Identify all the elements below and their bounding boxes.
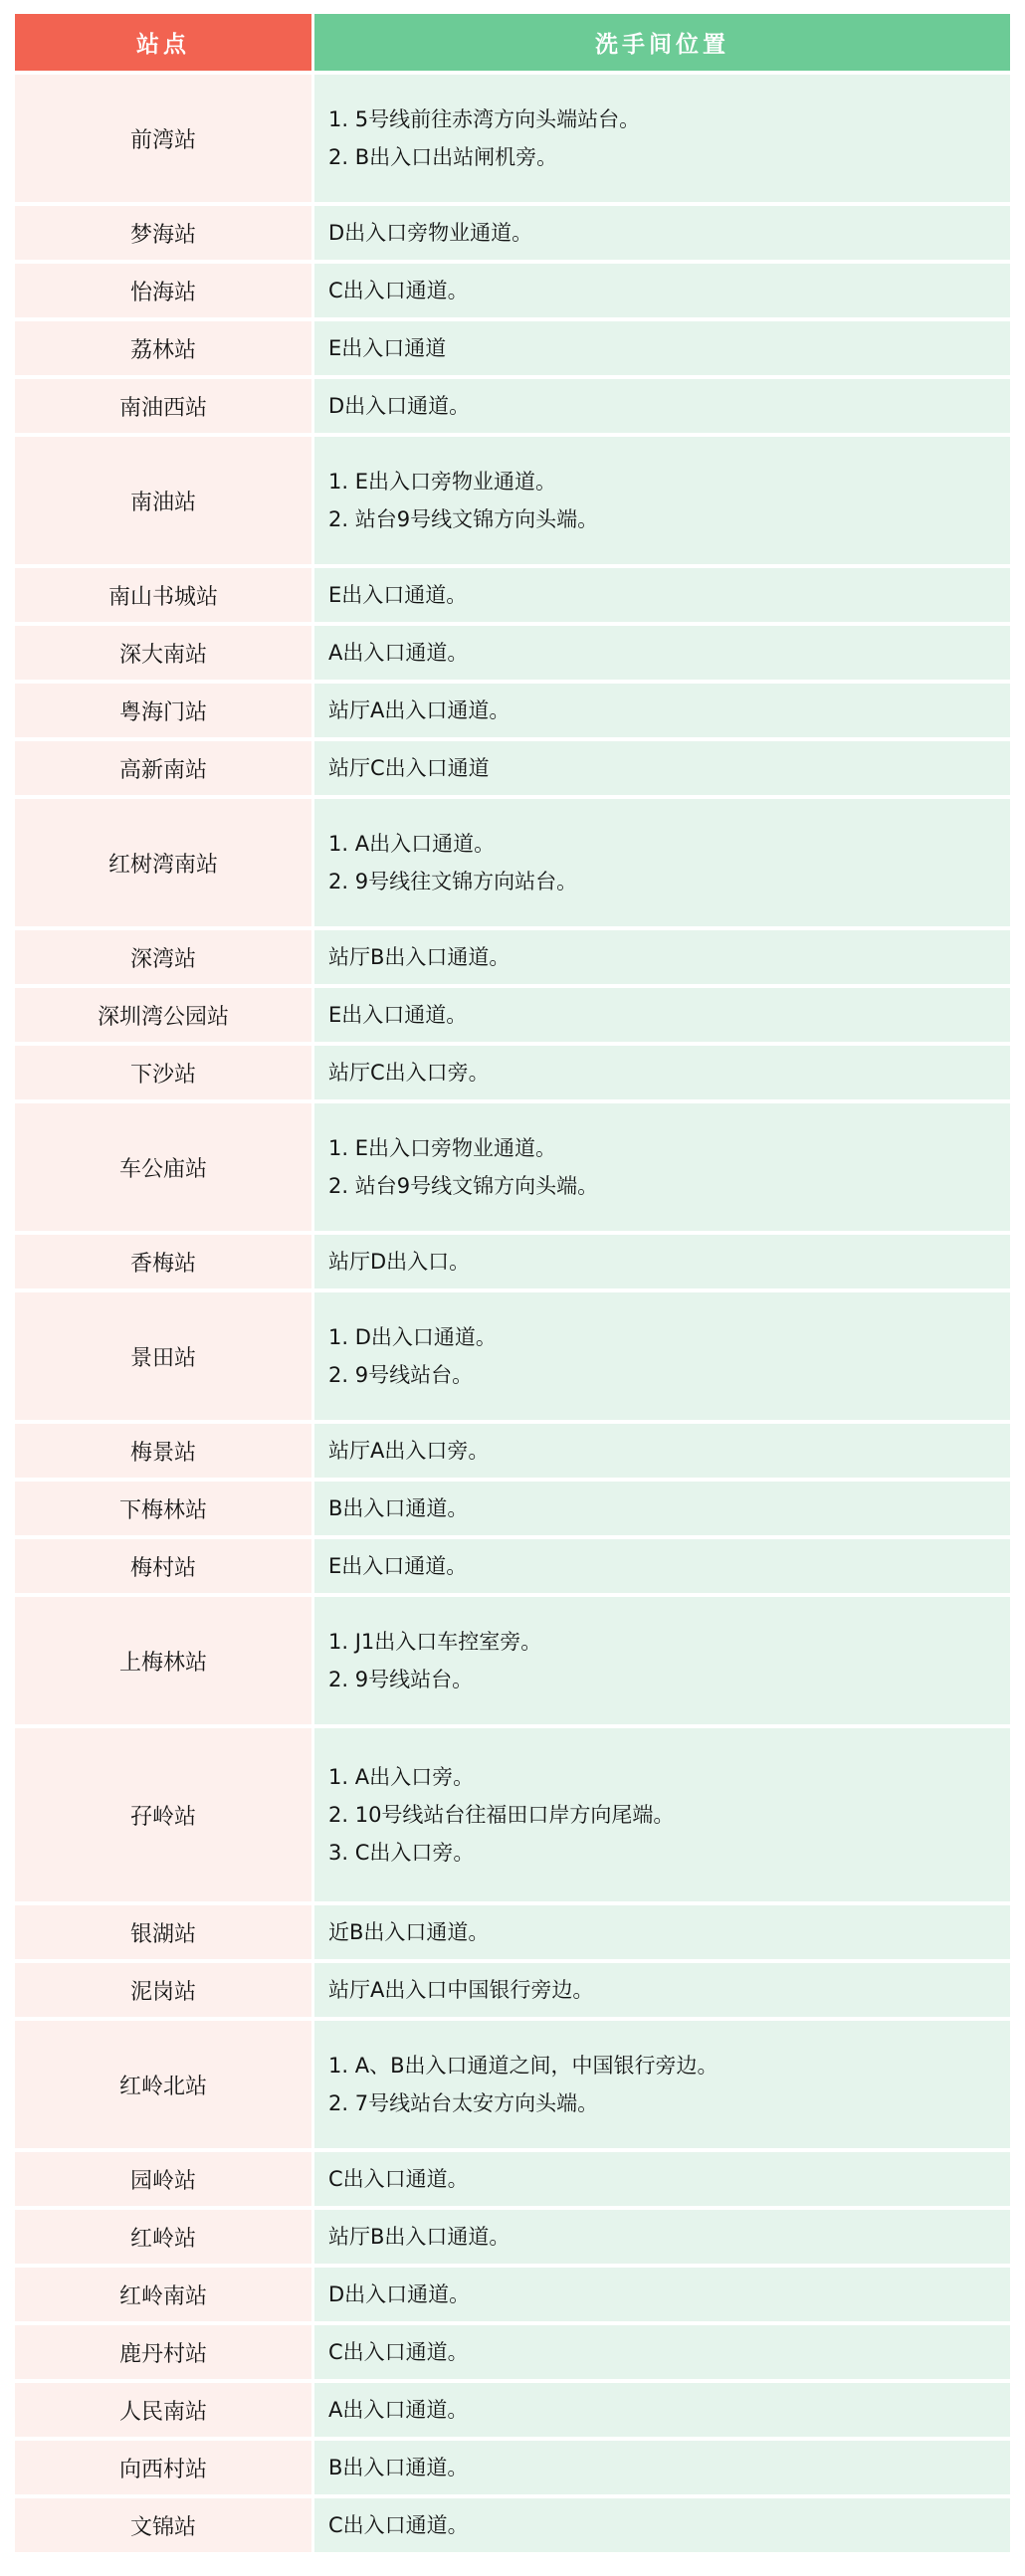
station-cell: 下沙站: [15, 1046, 311, 1099]
table-row: 梅景站 站厅A出入口旁。: [15, 1424, 1010, 1478]
location-cell: A出入口通道。: [314, 2383, 1010, 2437]
table-row: 南油西站 D出入口通道。: [15, 379, 1010, 433]
table-row: 深大南站 A出入口通道。: [15, 626, 1010, 680]
station-cell: 银湖站: [15, 1905, 311, 1959]
station-cell: 红岭北站: [15, 2021, 311, 2148]
location-line: E出入口通道。: [328, 1547, 1000, 1585]
location-cell: E出入口通道: [314, 321, 1010, 375]
table-row: 上梅林站 1. J1出入口车控室旁。2. 9号线站台。: [15, 1597, 1010, 1724]
table-row: 梅村站 E出入口通道。: [15, 1539, 1010, 1593]
location-cell: 1. E出入口旁物业通道。2. 站台9号线文锦方向头端。: [314, 1103, 1010, 1231]
location-cell: 站厅B出入口通道。: [314, 930, 1010, 984]
table-row: 园岭站 C出入口通道。: [15, 2152, 1010, 2206]
location-cell: D出入口旁物业通道。: [314, 206, 1010, 260]
station-cell: 景田站: [15, 1292, 311, 1420]
table-row: 深湾站 站厅B出入口通道。: [15, 930, 1010, 984]
station-cell: 车公庙站: [15, 1103, 311, 1231]
location-cell: A出入口通道。: [314, 626, 1010, 680]
station-cell: 鹿丹村站: [15, 2325, 311, 2379]
station-cell: 上梅林站: [15, 1597, 311, 1724]
location-line: B出入口通道。: [328, 1489, 1000, 1527]
location-cell: D出入口通道。: [314, 379, 1010, 433]
location-line: 2. 9号线站台。: [328, 1661, 1000, 1698]
station-cell: 下梅林站: [15, 1482, 311, 1535]
table-row: 怡海站 C出入口通道。: [15, 264, 1010, 317]
location-line: 站厅D出入口。: [328, 1243, 1000, 1281]
location-line: 1. A出入口通道。: [328, 825, 1000, 863]
station-cell: 南油西站: [15, 379, 311, 433]
table-row: 香梅站 站厅D出入口。: [15, 1235, 1010, 1288]
location-line: C出入口通道。: [328, 272, 1000, 309]
station-cell: 梅村站: [15, 1539, 311, 1593]
table-header-row: 站点 洗手间位置: [15, 14, 1010, 71]
location-line: 2. 9号线往文锦方向站台。: [328, 863, 1000, 900]
station-cell: 梦海站: [15, 206, 311, 260]
table-row: 粤海门站 站厅A出入口通道。: [15, 684, 1010, 737]
location-line: D出入口通道。: [328, 2276, 1000, 2313]
location-line: E出入口通道: [328, 329, 1000, 367]
location-line: 站厅C出入口通道: [328, 749, 1000, 787]
location-line: 站厅C出入口旁。: [328, 1054, 1000, 1091]
location-line: E出入口通道。: [328, 576, 1000, 614]
location-line: 站厅A出入口通道。: [328, 692, 1000, 729]
table-row: 红树湾南站 1. A出入口通道。2. 9号线往文锦方向站台。: [15, 799, 1010, 926]
station-cell: 怡海站: [15, 264, 311, 317]
station-cell: 文锦站: [15, 2498, 311, 2552]
location-cell: 站厅B出入口通道。: [314, 2210, 1010, 2264]
station-cell: 深湾站: [15, 930, 311, 984]
table-row: 下沙站 站厅C出入口旁。: [15, 1046, 1010, 1099]
restroom-location-table: 站点 洗手间位置 前湾站 1. 5号线前往赤湾方向头端站台。2. B出入口出站闸…: [15, 14, 1010, 2552]
location-line: 近B出入口通道。: [328, 1913, 1000, 1951]
station-cell: 孖岭站: [15, 1728, 311, 1901]
location-cell: 站厅D出入口。: [314, 1235, 1010, 1288]
location-line: A出入口通道。: [328, 634, 1000, 672]
location-cell: 1. A、B出入口通道之间，中国银行旁边。2. 7号线站台太安方向头端。: [314, 2021, 1010, 2148]
station-column-header: 站点: [15, 14, 311, 71]
table-row: 前湾站 1. 5号线前往赤湾方向头端站台。2. B出入口出站闸机旁。: [15, 75, 1010, 202]
location-line: C出入口通道。: [328, 2333, 1000, 2371]
location-cell: D出入口通道。: [314, 2268, 1010, 2321]
table-row: 荔林站 E出入口通道: [15, 321, 1010, 375]
location-line: 站厅A出入口旁。: [328, 1432, 1000, 1470]
location-line: E出入口通道。: [328, 996, 1000, 1034]
location-cell: E出入口通道。: [314, 568, 1010, 622]
table-row: 银湖站 近B出入口通道。: [15, 1905, 1010, 1959]
station-cell: 粤海门站: [15, 684, 311, 737]
station-cell: 梅景站: [15, 1424, 311, 1478]
table-row: 文锦站 C出入口通道。: [15, 2498, 1010, 2552]
table-row: 红岭站 站厅B出入口通道。: [15, 2210, 1010, 2264]
location-line: 站厅A出入口中国银行旁边。: [328, 1971, 1000, 2009]
table-row: 红岭北站 1. A、B出入口通道之间，中国银行旁边。2. 7号线站台太安方向头端…: [15, 2021, 1010, 2148]
station-cell: 南油站: [15, 437, 311, 564]
location-line: 1. E出入口旁物业通道。: [328, 463, 1000, 500]
station-cell: 红岭站: [15, 2210, 311, 2264]
location-cell: 1. D出入口通道。2. 9号线站台。: [314, 1292, 1010, 1420]
table-row: 孖岭站 1. A出入口旁。2. 10号线站台往福田口岸方向尾端。3. C出入口旁…: [15, 1728, 1010, 1901]
location-line: 1. 5号线前往赤湾方向头端站台。: [328, 100, 1000, 138]
station-cell: 香梅站: [15, 1235, 311, 1288]
station-cell: 高新南站: [15, 741, 311, 795]
station-cell: 南山书城站: [15, 568, 311, 622]
station-cell: 泥岗站: [15, 1963, 311, 2017]
location-line: 2. 10号线站台往福田口岸方向尾端。: [328, 1796, 1000, 1834]
location-line: 2. 站台9号线文锦方向头端。: [328, 500, 1000, 538]
location-line: D出入口旁物业通道。: [328, 214, 1000, 252]
table-row: 向西村站 B出入口通道。: [15, 2441, 1010, 2494]
location-line: A出入口通道。: [328, 2391, 1000, 2429]
station-cell: 人民南站: [15, 2383, 311, 2437]
location-line: 2. B出入口出站闸机旁。: [328, 138, 1000, 176]
location-cell: 站厅A出入口通道。: [314, 684, 1010, 737]
table-row: 南山书城站 E出入口通道。: [15, 568, 1010, 622]
location-cell: B出入口通道。: [314, 2441, 1010, 2494]
table-row: 人民南站 A出入口通道。: [15, 2383, 1010, 2437]
location-line: B出入口通道。: [328, 2449, 1000, 2486]
table-row: 景田站 1. D出入口通道。2. 9号线站台。: [15, 1292, 1010, 1420]
location-line: 站厅B出入口通道。: [328, 2218, 1000, 2256]
location-column-header: 洗手间位置: [314, 14, 1010, 71]
table-row: 深圳湾公园站 E出入口通道。: [15, 988, 1010, 1042]
location-line: 站厅B出入口通道。: [328, 938, 1000, 976]
location-cell: E出入口通道。: [314, 1539, 1010, 1593]
location-line: 1. E出入口旁物业通道。: [328, 1129, 1000, 1167]
location-cell: 1. A出入口旁。2. 10号线站台往福田口岸方向尾端。3. C出入口旁。: [314, 1728, 1010, 1901]
location-line: C出入口通道。: [328, 2160, 1000, 2198]
table-row: 鹿丹村站 C出入口通道。: [15, 2325, 1010, 2379]
location-line: 2. 站台9号线文锦方向头端。: [328, 1167, 1000, 1205]
location-line: 2. 9号线站台。: [328, 1356, 1000, 1394]
location-line: 2. 7号线站台太安方向头端。: [328, 2084, 1000, 2122]
location-cell: C出入口通道。: [314, 2498, 1010, 2552]
location-line: C出入口通道。: [328, 2506, 1000, 2544]
station-cell: 红树湾南站: [15, 799, 311, 926]
location-cell: 站厅C出入口旁。: [314, 1046, 1010, 1099]
table-row: 红岭南站 D出入口通道。: [15, 2268, 1010, 2321]
location-cell: C出入口通道。: [314, 2152, 1010, 2206]
location-cell: 站厅C出入口通道: [314, 741, 1010, 795]
location-line: 1. D出入口通道。: [328, 1318, 1000, 1356]
station-cell: 深圳湾公园站: [15, 988, 311, 1042]
location-cell: 1. E出入口旁物业通道。2. 站台9号线文锦方向头端。: [314, 437, 1010, 564]
table-body: 前湾站 1. 5号线前往赤湾方向头端站台。2. B出入口出站闸机旁。 梦海站 D…: [15, 75, 1010, 2552]
location-cell: 近B出入口通道。: [314, 1905, 1010, 1959]
location-line: 1. J1出入口车控室旁。: [328, 1623, 1000, 1661]
table-row: 泥岗站 站厅A出入口中国银行旁边。: [15, 1963, 1010, 2017]
station-cell: 深大南站: [15, 626, 311, 680]
location-cell: 1. 5号线前往赤湾方向头端站台。2. B出入口出站闸机旁。: [314, 75, 1010, 202]
table-row: 车公庙站 1. E出入口旁物业通道。2. 站台9号线文锦方向头端。: [15, 1103, 1010, 1231]
station-cell: 前湾站: [15, 75, 311, 202]
location-cell: 1. A出入口通道。2. 9号线往文锦方向站台。: [314, 799, 1010, 926]
location-cell: C出入口通道。: [314, 2325, 1010, 2379]
table-row: 梦海站 D出入口旁物业通道。: [15, 206, 1010, 260]
location-line: 1. A、B出入口通道之间，中国银行旁边。: [328, 2047, 1000, 2084]
table-row: 南油站 1. E出入口旁物业通道。2. 站台9号线文锦方向头端。: [15, 437, 1010, 564]
location-line: D出入口通道。: [328, 387, 1000, 425]
location-line: 1. A出入口旁。: [328, 1758, 1000, 1796]
location-cell: 站厅A出入口中国银行旁边。: [314, 1963, 1010, 2017]
location-cell: C出入口通道。: [314, 264, 1010, 317]
location-cell: B出入口通道。: [314, 1482, 1010, 1535]
location-line: 3. C出入口旁。: [328, 1834, 1000, 1872]
location-cell: 1. J1出入口车控室旁。2. 9号线站台。: [314, 1597, 1010, 1724]
location-cell: E出入口通道。: [314, 988, 1010, 1042]
table-row: 高新南站 站厅C出入口通道: [15, 741, 1010, 795]
table-row: 下梅林站 B出入口通道。: [15, 1482, 1010, 1535]
station-cell: 红岭南站: [15, 2268, 311, 2321]
station-cell: 荔林站: [15, 321, 311, 375]
station-cell: 向西村站: [15, 2441, 311, 2494]
location-cell: 站厅A出入口旁。: [314, 1424, 1010, 1478]
station-cell: 园岭站: [15, 2152, 311, 2206]
